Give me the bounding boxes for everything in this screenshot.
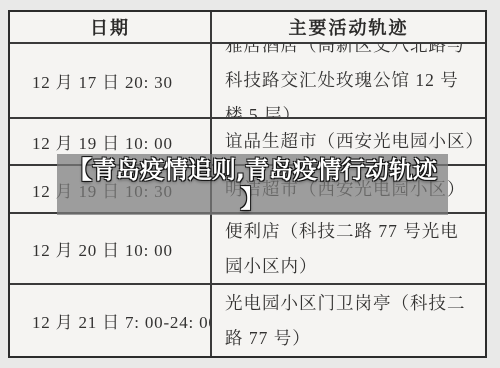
table-row-5-date: 12 月 21 日 7: 00-24: 00 [10, 285, 212, 356]
date-value: 12 月 19 日 10: 00 [32, 129, 173, 154]
header-date: 日期 [10, 12, 212, 44]
table-row-4-track: 便利店（科技二路 77 号光电园小区内） [212, 214, 485, 285]
track-value: 雅居酒店（高新区丈八北路与科技路交汇处玫瑰公馆 12 号楼 5 层） [225, 44, 477, 119]
header-date-label: 日期 [90, 14, 130, 40]
date-value: 12 月 20 日 10: 00 [32, 236, 173, 261]
date-value: 12 月 17 日 20: 30 [32, 68, 173, 93]
header-track-label: 主要活动轨迹 [289, 14, 409, 40]
table-row-4-date: 12 月 20 日 10: 00 [10, 214, 212, 285]
table-row-1-date: 12 月 17 日 20: 30 [10, 44, 212, 119]
table-row-5-track: 光电园小区门卫岗亭（科技二路 77 号） [212, 285, 485, 356]
date-value: 12 月 21 日 7: 00-24: 00 [32, 308, 212, 333]
watermark-caption-line1: 【青岛疫情追则,青岛疫情行动轨迹 [68, 156, 437, 185]
watermark-caption: 【青岛疫情追则,青岛疫情行动轨迹 】 [57, 154, 448, 215]
header-track: 主要活动轨迹 [212, 12, 485, 44]
track-value: 便利店（科技二路 77 号光电园小区内） [225, 214, 477, 284]
watermark-caption-line2: 】 [241, 185, 265, 214]
track-value: 光电园小区门卫岗亭（科技二路 77 号） [225, 286, 477, 356]
table-row-1-track: 雅居酒店（高新区丈八北路与科技路交汇处玫瑰公馆 12 号楼 5 层） [212, 44, 485, 119]
